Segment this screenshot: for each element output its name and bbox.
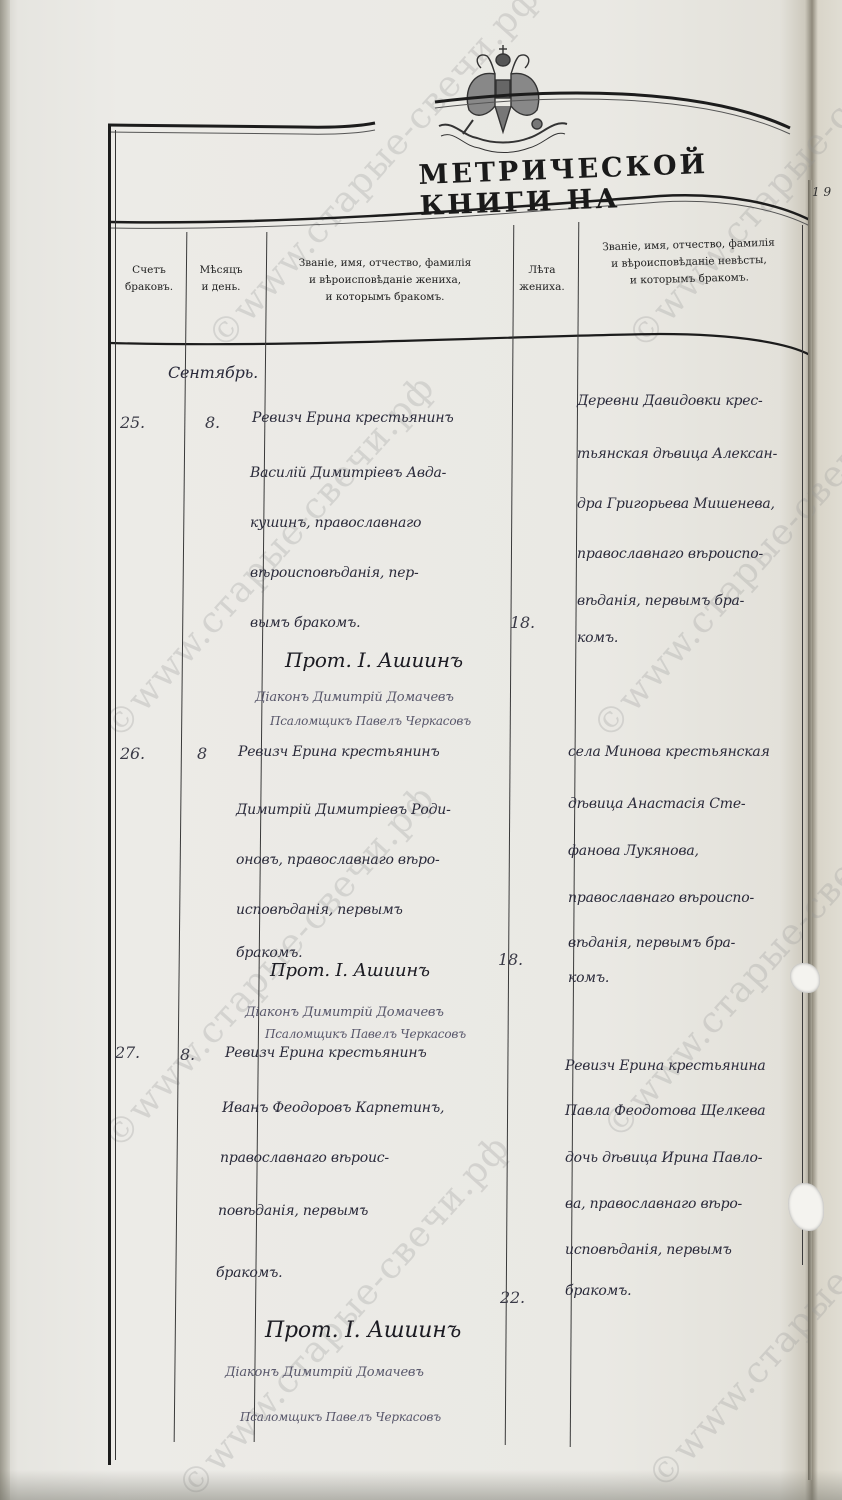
record-day: 8. (180, 1045, 195, 1064)
groom-line: бракомъ. (236, 945, 302, 961)
record-number: 25. (120, 413, 145, 432)
bride-line: православнаго вѣроиспо- (568, 890, 754, 906)
bride-line: вѣданія, первымъ бра- (577, 593, 744, 609)
header-groom-age: Лѣта жениха. (510, 262, 574, 296)
groom-line: Иванъ Феодоровъ Карпетинъ, (222, 1100, 444, 1116)
header-month-day: Мѣсяцъ и день. (183, 262, 259, 296)
groom-line: Димитрій Димитріевъ Роди- (236, 802, 451, 818)
column-divider (802, 225, 803, 1265)
groom-line: Ревизч Ерина крестьянинъ (238, 744, 440, 760)
record-day: 8. (205, 413, 220, 432)
priest-signature: Прот. І. Ашиинъ (285, 648, 463, 672)
groom-age: 18. (498, 950, 523, 969)
groom-line: вымъ бракомъ. (250, 615, 360, 631)
record-day: 8 (197, 744, 207, 763)
psalmist-signature: Псаломщикъ Павелъ Черкасовъ (270, 714, 471, 728)
bride-line: Ревизч Ерина крестьянина (565, 1058, 766, 1074)
groom-line: Василій Димитріевъ Авда- (250, 465, 446, 481)
bride-line: комъ. (577, 630, 618, 646)
bride-line: вѣданія, первымъ бра- (568, 935, 735, 951)
groom-line: кушинъ, православнаго (250, 515, 421, 531)
psalmist-signature: Псаломщикъ Павелъ Черкасовъ (265, 1027, 466, 1041)
page-left-edge (0, 0, 10, 1500)
groom-line: Ревизч Ерина крестьянинъ (225, 1045, 427, 1061)
header-groom: Званіе, имя, отчество, фамилія и вѣроисп… (262, 255, 508, 306)
bride-line: тьянская дѣвица Алексан- (577, 446, 777, 462)
priest-signature: Прот. І. Ашиинъ (270, 960, 430, 981)
deacon-signature: Діаконъ Димитрій Домачевъ (225, 1365, 424, 1380)
header-bride: Званіе, имя, отчество, фамилія и вѣроисп… (575, 234, 802, 291)
psalmist-signature: Псаломщикъ Павелъ Черкасовъ (240, 1410, 441, 1424)
header-count: Счетъ браковъ. (118, 262, 180, 296)
bride-line: дочь дѣвица Ирина Павло- (565, 1150, 762, 1166)
bride-line: Деревни Давидовки крес- (577, 393, 763, 409)
bride-line: фанова Лукянова, (568, 843, 699, 859)
bride-line: ва, православнаго вѣро- (565, 1196, 742, 1212)
groom-line: повѣданія, первымъ (218, 1203, 368, 1219)
book-spine (808, 180, 812, 1480)
bride-line: бракомъ. (565, 1283, 631, 1299)
groom-age: 18. (510, 613, 535, 632)
bride-line: дра Григорьева Мишенева, (577, 496, 775, 512)
page-bottom-shadow (0, 1470, 842, 1500)
bride-line: села Минова крестьянская (568, 744, 770, 760)
groom-line: оновъ, православнаго вѣро- (236, 852, 440, 868)
groom-line: вѣроисповѣданія, пер- (250, 565, 419, 581)
bride-line: Павла Феодотова Щелкева (565, 1103, 765, 1119)
record-number: 27. (115, 1043, 140, 1062)
deacon-signature: Діаконъ Димитрій Домачевъ (245, 1005, 444, 1020)
deacon-signature: Діаконъ Димитрій Домачевъ (255, 690, 454, 705)
bride-line: исповѣданія, первымъ (565, 1242, 732, 1258)
groom-line: исповѣданія, первымъ (236, 902, 403, 918)
priest-signature: Прот. І. Ашиинъ (265, 1318, 461, 1343)
right-page-fragment: 1 9 (812, 185, 831, 199)
bride-line: дѣвица Анастасія Сте- (568, 796, 745, 812)
month-label: Сентябрь. (168, 363, 258, 382)
document-page: ©www.старые-свечи.рф ©www.старые-свечи.р… (0, 0, 842, 1500)
table-frame (108, 125, 808, 1465)
bride-line: православнаго вѣроиспо- (577, 546, 763, 562)
groom-age: 22. (500, 1288, 525, 1307)
bride-line: комъ. (568, 970, 609, 986)
groom-line: бракомъ. (216, 1265, 282, 1281)
groom-line: Ревизч Ерина крестьянинъ (252, 410, 454, 426)
record-number: 26. (120, 744, 145, 763)
groom-line: православнаго вѣроис- (220, 1150, 389, 1166)
